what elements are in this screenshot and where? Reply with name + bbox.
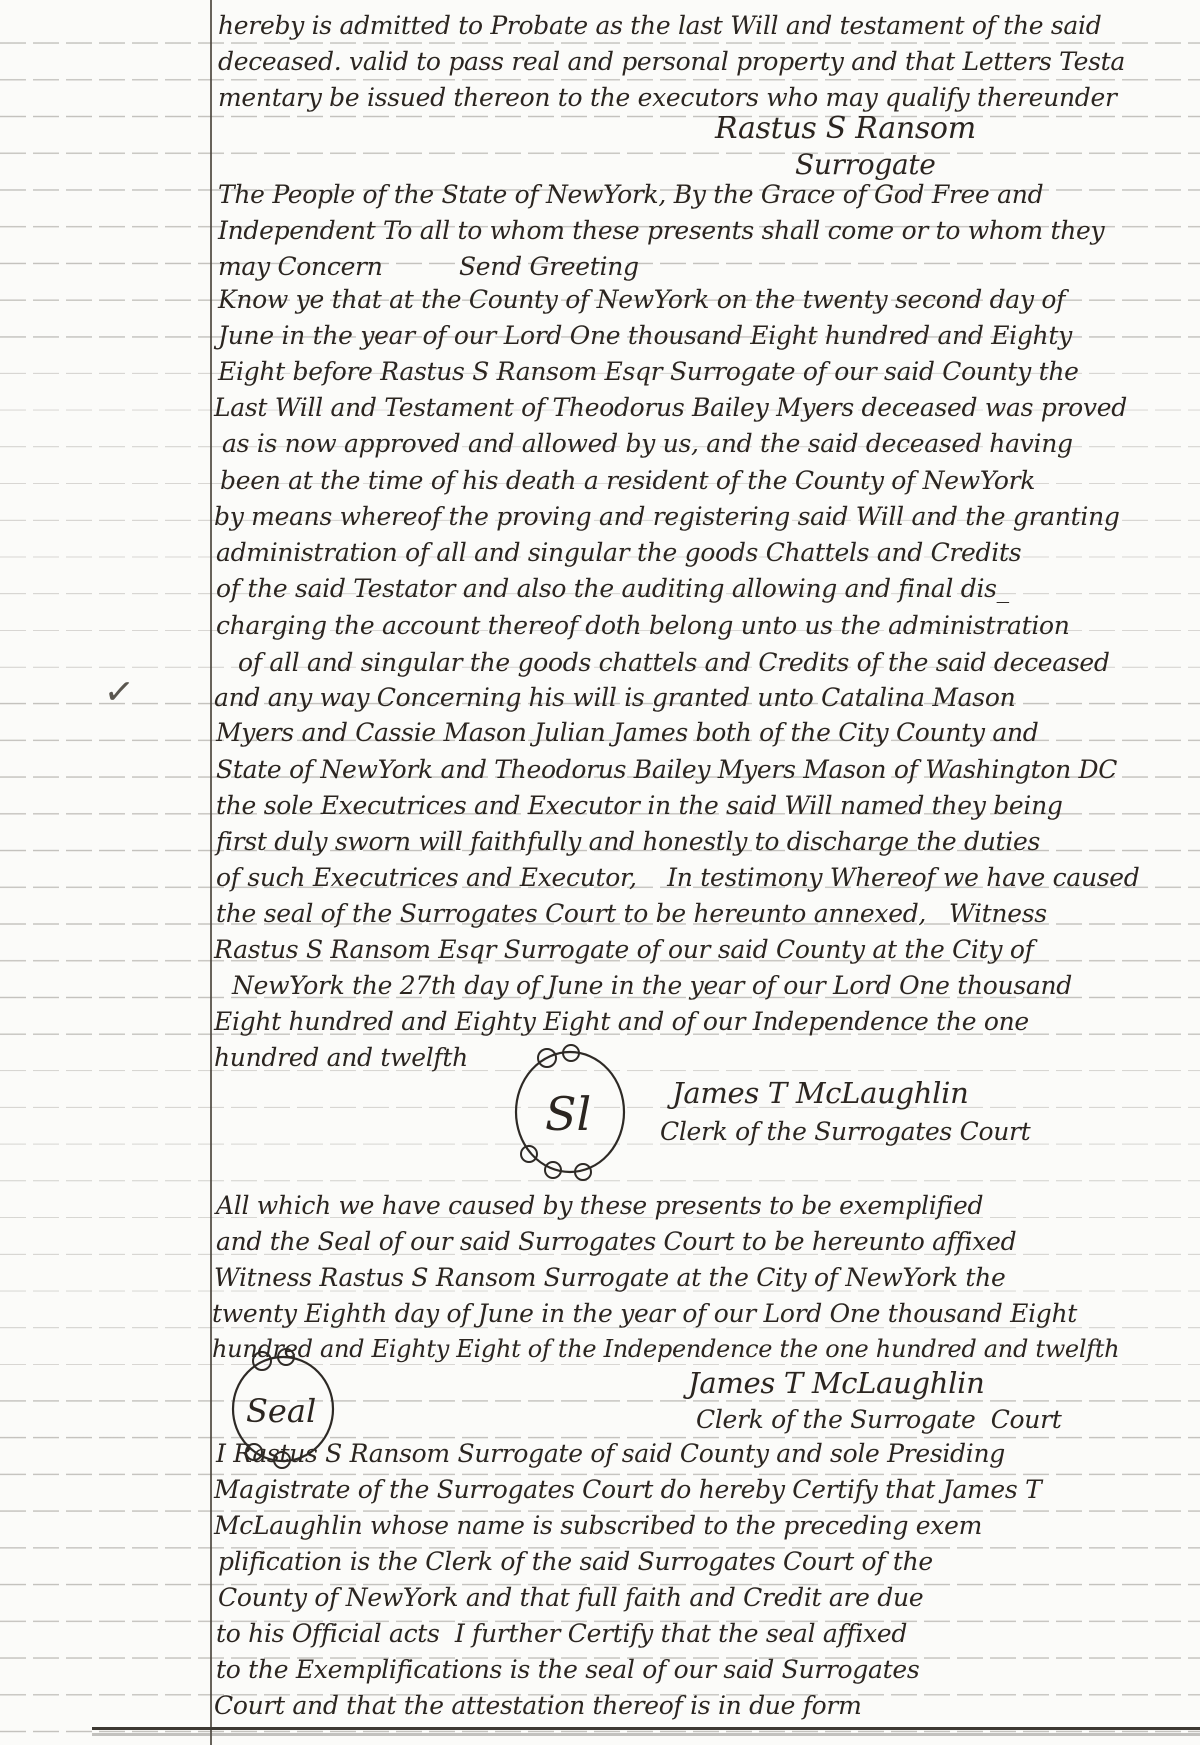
handwritten-line: Surrogate bbox=[795, 150, 936, 181]
handwritten-line: Eight hundred and Eighty Eight and of ou… bbox=[214, 1008, 1029, 1036]
handwritten-line: County of NewYork and that full faith an… bbox=[218, 1584, 923, 1612]
handwritten-line: and the Seal of our said Surrogates Cour… bbox=[216, 1228, 1016, 1256]
handwritten-line: been at the time of his death a resident… bbox=[220, 467, 1035, 495]
left-margin-rule bbox=[210, 0, 212, 1745]
handwritten-line: Witness Rastus S Ransom Surrogate at the… bbox=[214, 1264, 1005, 1292]
handwritten-line: hundred and twelfth bbox=[214, 1044, 468, 1072]
handwritten-line: twenty Eighth day of June in the year of… bbox=[212, 1300, 1077, 1328]
handwritten-line: Clerk of the Surrogates Court bbox=[660, 1118, 1030, 1146]
handwritten-line: James T McLaughlin bbox=[672, 1078, 968, 1110]
handwritten-line: mentary be issued thereon to the executo… bbox=[218, 84, 1117, 112]
handwritten-line: Court and that the attestation thereof i… bbox=[214, 1692, 862, 1720]
handwritten-line: as is now approved and allowed by us, an… bbox=[222, 430, 1073, 458]
handwritten-line: to his Official acts I further Certify t… bbox=[216, 1620, 907, 1648]
handwritten-line: plification is the Clerk of the said Sur… bbox=[218, 1548, 933, 1576]
handwritten-line: Rastus S Ransom Esqr Surrogate of our sa… bbox=[214, 936, 1034, 964]
handwritten-line: the seal of the Surrogates Court to be h… bbox=[216, 900, 1047, 928]
handwritten-line: administration of all and singular the g… bbox=[216, 539, 1021, 567]
handwritten-line: and any way Concerning his will is grant… bbox=[214, 684, 1015, 712]
handwritten-line: Last Will and Testament of Theodorus Bai… bbox=[214, 394, 1127, 422]
seal-scribble-1: Sl bbox=[505, 1042, 635, 1187]
seal-oval-icon: Sl bbox=[505, 1042, 635, 1187]
handwritten-line: the sole Executrices and Executor in the… bbox=[216, 792, 1063, 820]
handwritten-line: Eight before Rastus S Ransom Esqr Surrog… bbox=[218, 358, 1079, 386]
handwritten-line: All which we have caused by these presen… bbox=[216, 1192, 983, 1220]
handwritten-line: may Concern Send Greeting bbox=[218, 253, 639, 281]
handwritten-line: deceased. valid to pass real and persona… bbox=[218, 48, 1125, 76]
handwritten-line: Know ye that at the County of NewYork on… bbox=[218, 286, 1065, 314]
handwritten-line: Clerk of the Surrogate Court bbox=[696, 1406, 1062, 1434]
handwritten-line: James T McLaughlin bbox=[688, 1368, 984, 1400]
seal-label: Seal bbox=[246, 1392, 316, 1430]
margin-checkmark: ✓ bbox=[102, 671, 136, 715]
handwritten-line: Myers and Cassie Mason Julian James both… bbox=[216, 719, 1038, 747]
handwritten-line: of the said Testator and also the auditi… bbox=[216, 575, 1009, 603]
handwritten-line: by means whereof the proving and registe… bbox=[214, 503, 1120, 531]
handwritten-line: McLaughlin whose name is subscribed to t… bbox=[214, 1512, 982, 1540]
seal-label: Sl bbox=[545, 1087, 591, 1141]
handwritten-line: Magistrate of the Surrogates Court do he… bbox=[214, 1476, 1041, 1504]
handwritten-line: hereby is admitted to Probate as the las… bbox=[218, 12, 1101, 40]
handwritten-line: Rastus S Ransom bbox=[715, 112, 976, 145]
seal-scribble-2: Seal bbox=[224, 1348, 342, 1470]
document-page: ✓ hereby is admitted to Probate as the l… bbox=[0, 0, 1200, 1745]
seal-oval-icon: Seal bbox=[224, 1348, 342, 1470]
handwritten-line: to the Exemplifications is the seal of o… bbox=[216, 1656, 919, 1684]
bottom-page-rule bbox=[92, 1727, 1200, 1730]
handwritten-line: hundred and Eighty Eight of the Independ… bbox=[212, 1336, 1119, 1362]
handwritten-line: first duly sworn will faithfully and hon… bbox=[216, 828, 1040, 856]
handwritten-line: NewYork the 27th day of June in the year… bbox=[232, 972, 1072, 1000]
handwritten-line: The People of the State of NewYork, By t… bbox=[218, 181, 1043, 209]
handwritten-line: of all and singular the goods chattels a… bbox=[238, 649, 1110, 677]
handwritten-line: charging the account thereof doth belong… bbox=[216, 612, 1070, 640]
handwritten-line: State of NewYork and Theodorus Bailey My… bbox=[216, 756, 1117, 784]
handwritten-line: of such Executrices and Executor, In tes… bbox=[216, 864, 1139, 892]
handwritten-line: Independent To all to whom these present… bbox=[218, 217, 1104, 245]
handwritten-line: June in the year of our Lord One thousan… bbox=[218, 322, 1072, 350]
